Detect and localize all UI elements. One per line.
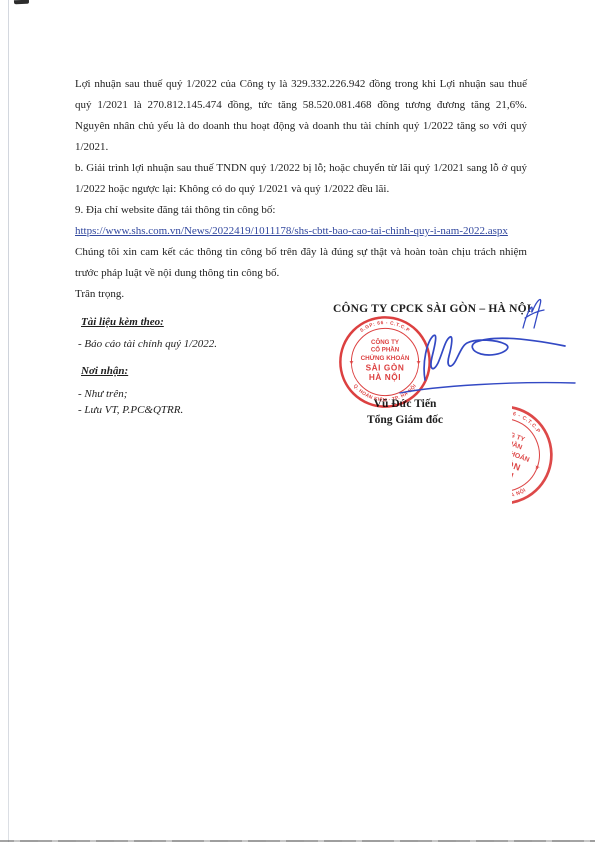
recipient-item: - Lưu VT, P.PC&QTRR.	[75, 402, 305, 418]
partial-stamp-clip: S.GP: 66 - C.T.C.P Q. HOÀN KIẾM - TP. HÀ…	[512, 400, 558, 512]
disclosure-url-link[interactable]: https://www.shs.com.vn/News/2022419/1011…	[75, 225, 508, 237]
document-page: Lợi nhuận sau thuế quý 1/2022 của Công t…	[0, 0, 595, 842]
stamp-line-co-phan: CỔ PHẦN	[512, 431, 524, 451]
company-seal-icon: S.GP: 66 - C.T.C.P Q. HOÀN KIẾM - TP. HÀ…	[337, 314, 433, 410]
company-seal-stamp: S.GP: 66 - C.T.C.P Q. HOÀN KIẾM - TP. HÀ…	[337, 314, 433, 410]
attachments-block: Tài liệu kèm theo: - Báo cáo tài chính q…	[75, 312, 305, 418]
stamp-line-chung-khoan: CHỨNG KHOÁN	[361, 353, 410, 362]
stamp-star-right-icon: ★	[416, 358, 421, 365]
stamp-line-cong-ty: CÔNG TY	[371, 338, 399, 346]
disclosure-link-line: https://www.shs.com.vn/News/2022419/1011…	[75, 221, 527, 242]
partial-company-seal-icon: S.GP: 66 - C.T.C.P Q. HOÀN KIẾM - TP. HÀ…	[512, 400, 558, 512]
scan-corner-mark	[14, 0, 29, 4]
stamp-line-sai-gon: SÀI GÒN	[366, 362, 405, 373]
svg-text:S.GP: 66 - C.T.C.P: S.GP: 66 - C.T.C.P	[512, 403, 545, 436]
stamp-ring-top-text: S.GP: 66 - C.T.C.P	[512, 403, 545, 436]
stamp-line-sai-gon: SÀI GÒN	[512, 448, 523, 473]
paragraph-profit-explanation: Lợi nhuận sau thuế quý 1/2022 của Công t…	[75, 74, 527, 158]
stamp-line-co-phan: CỔ PHẦN	[371, 346, 400, 353]
scan-edge-line-left	[8, 0, 9, 842]
stamp-line-chung-khoan: CHỨNG KHOÁN	[512, 437, 531, 464]
letter-body: Lợi nhuận sau thuế quý 1/2022 của Công t…	[75, 74, 527, 305]
stamp-line-ha-noi: HÀ NỘI	[369, 371, 401, 382]
stamp-line-cong-ty: CÔNG TY	[512, 425, 527, 444]
stamp-line-ha-noi: HÀ NỘI	[512, 459, 516, 481]
paragraph-website-label: 9. Địa chỉ website đăng tải thông tin cô…	[75, 200, 527, 221]
paragraph-loss-explanation: b. Giải trình lợi nhuận sau thuế TNDN qu…	[75, 158, 527, 200]
partial-company-seal-stamp: S.GP: 66 - C.T.C.P Q. HOÀN KIẾM - TP. HÀ…	[512, 400, 558, 512]
attachments-heading: Tài liệu kèm theo:	[75, 312, 305, 333]
signer-title: Tổng Giám đốc	[330, 414, 480, 426]
recipients-heading: Nơi nhận:	[75, 361, 305, 382]
closing-line: Trân trọng.	[75, 284, 527, 305]
attachment-item: - Báo cáo tài chính quý 1/2022.	[75, 335, 305, 353]
stamp-ring-bottom-text: Q. HOÀN KIẾM - TP. HÀ NỘI	[512, 464, 529, 509]
paragraph-commitment: Chúng tôi xin cam kết các thông tin công…	[75, 242, 527, 284]
recipient-item: - Như trên;	[75, 386, 305, 402]
svg-text:Q. HOÀN KIẾM - TP. HÀ NỘI: Q. HOÀN KIẾM - TP. HÀ NỘI	[512, 464, 529, 509]
stamp-star-left-icon: ★	[349, 358, 354, 365]
stamp-star-right-icon: ★	[533, 463, 541, 472]
